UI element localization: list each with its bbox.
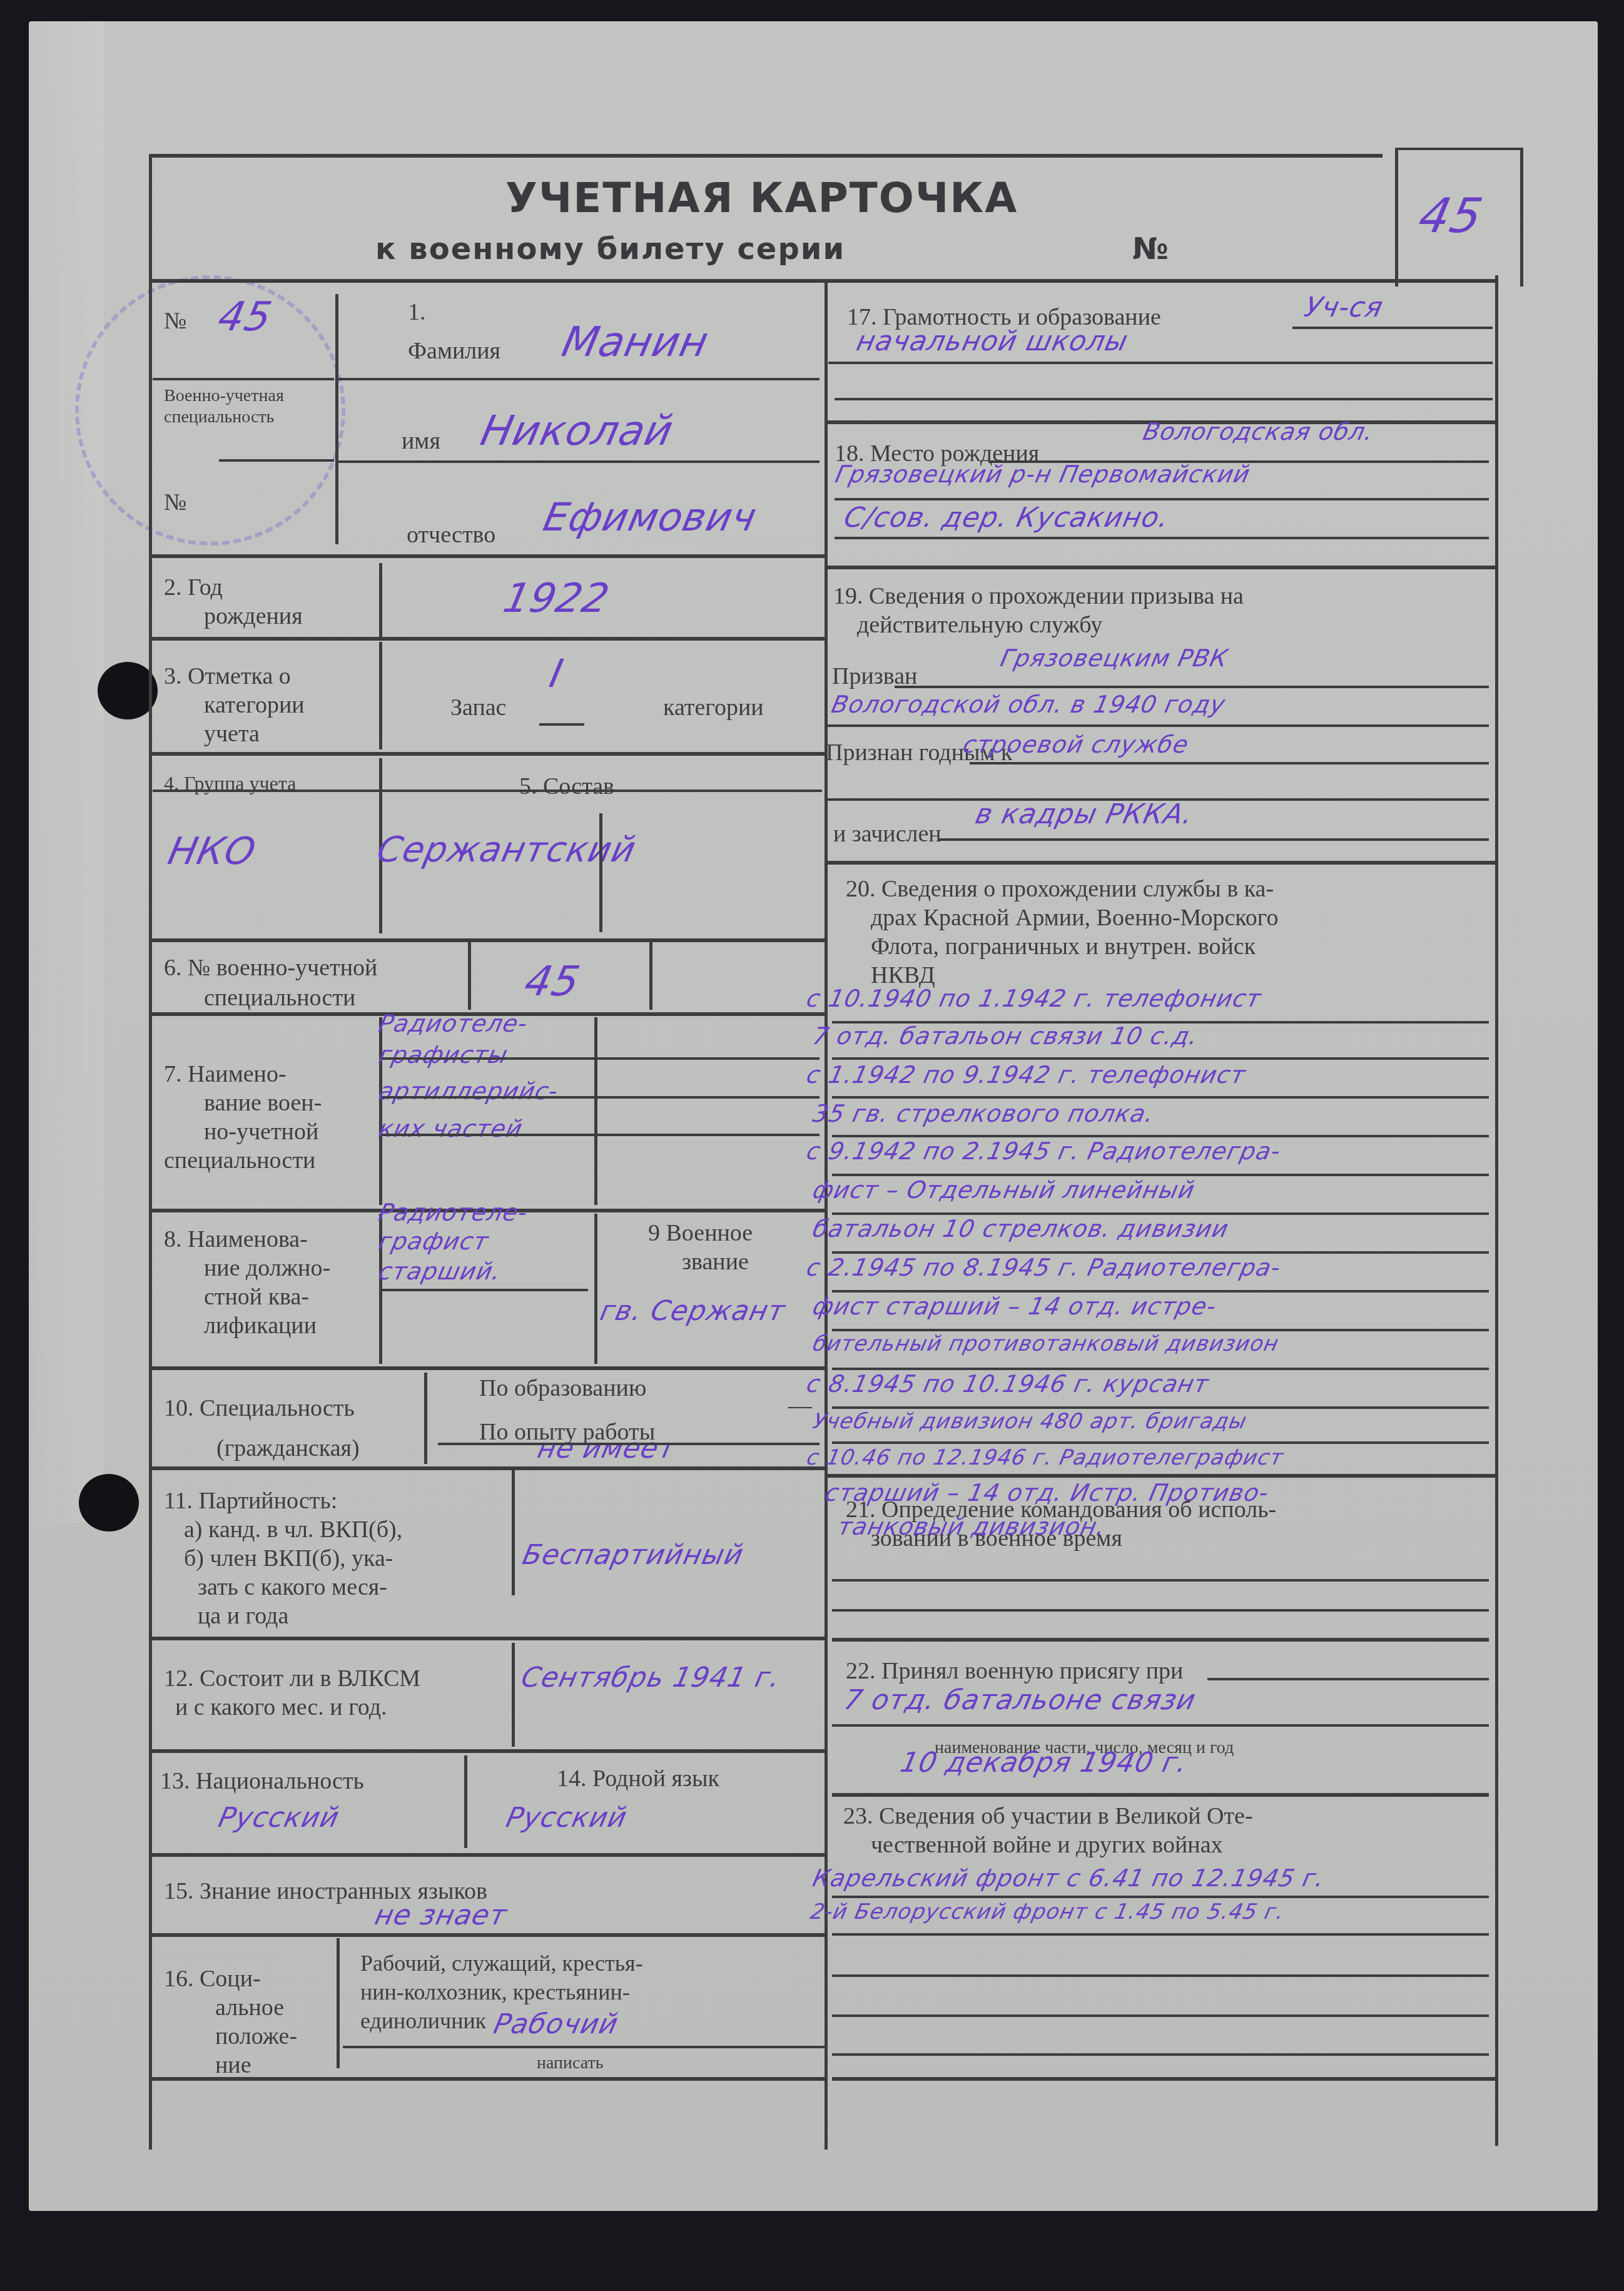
service-entry: бительный противотанковый дивизион: [811, 1331, 1281, 1356]
qualification-label-1: 8. Наименова-: [164, 1225, 308, 1255]
party-label-1: 11. Партийность:: [164, 1486, 337, 1516]
rule: [512, 1470, 515, 1595]
category-label-3: учета: [204, 719, 260, 749]
rule: [988, 460, 1489, 463]
rule: [827, 1474, 1495, 1478]
left-no-label-2: №: [164, 488, 186, 518]
rule: [832, 1638, 1489, 1642]
paper-fold: [29, 21, 104, 1523]
draft-label-2: действительную службу: [857, 611, 1102, 641]
birthplace-value-1: Вологодская обл.: [1140, 418, 1376, 445]
native-language-value: Русский: [504, 1802, 631, 1834]
rule: [1207, 1678, 1489, 1680]
vus-name-value-1: Радиотеле-: [376, 1010, 530, 1037]
rule: [150, 2077, 825, 2081]
qualification-value-3: старший.: [376, 1257, 504, 1285]
service-entry: фист старший – 14 отд. истре-: [810, 1293, 1219, 1320]
surname-value: Манин: [558, 318, 713, 366]
category-label-2: категории: [204, 691, 305, 721]
rule: [464, 1755, 467, 1848]
rule: [150, 1466, 825, 1470]
rule: [150, 554, 825, 558]
patronymic-label: отчество: [407, 521, 495, 551]
rank-value: гв. Сержант: [597, 1295, 789, 1327]
patronymic-value: Ефимович: [539, 494, 761, 540]
rule: [835, 498, 1489, 500]
rule: [832, 1974, 1489, 1977]
frame-left: [149, 154, 152, 2150]
frame-right: [1495, 275, 1498, 2146]
rule: [512, 1643, 515, 1747]
rule: [938, 838, 1489, 841]
social-status-label-3: положе-: [215, 2022, 297, 2052]
rule: [150, 1853, 825, 1857]
corner-box-left: [1395, 148, 1398, 287]
rule: [335, 294, 338, 544]
rule: [832, 1933, 1489, 1936]
rule: [382, 1096, 820, 1099]
rule: [379, 563, 382, 637]
left-no-label-1: №: [164, 307, 186, 337]
qualification-value-1: Радиотеле-: [376, 1199, 530, 1226]
party-value: Беспартийный: [520, 1539, 747, 1571]
rule: [832, 1329, 1489, 1331]
rule: [832, 1609, 1489, 1612]
birth-year-label-2: рождения: [204, 602, 303, 632]
service-label-1: 20. Сведения о прохождении службы в ка-: [846, 875, 1274, 905]
rule: [337, 1938, 340, 2068]
nationality-label: 13. Национальность: [160, 1767, 364, 1797]
drafted-value-2: Вологодской обл. в 1940 году: [829, 691, 1228, 718]
punch-hole-bottom: [79, 1474, 139, 1532]
birth-year-value: 1922: [499, 576, 614, 622]
rule: [832, 1579, 1489, 1582]
rule: [438, 1443, 820, 1445]
rule: [895, 686, 1489, 688]
vus-name-label-2: вание воен-: [204, 1089, 322, 1119]
rule: [832, 1896, 1489, 1898]
war-participation-label-2: чественной войне и других войнах: [871, 1831, 1223, 1861]
rule: [827, 861, 1495, 865]
social-status-label-1: 16. Соци-: [164, 1964, 261, 1994]
category-label-1: 3. Отметка о: [164, 662, 291, 692]
civil-specialty-label-1: 10. Специальность: [164, 1394, 355, 1424]
civil-specialty-label-2: (гражданская): [216, 1434, 360, 1464]
draft-label-1: 19. Сведения о прохождении призыва на: [833, 582, 1244, 612]
vus-name-value-2: графисты: [376, 1041, 510, 1069]
by-experience-value: не имеет: [535, 1433, 679, 1465]
oath-date-value: 10 декабря 1940 г.: [898, 1747, 1190, 1779]
rule: [832, 1290, 1489, 1293]
native-language-label: 14. Родной язык: [557, 1764, 719, 1794]
rule: [832, 2053, 1489, 2056]
rule: [539, 723, 584, 726]
rule: [424, 1373, 427, 1464]
vus-name-value-4: ких частей: [376, 1115, 525, 1142]
social-status-options-1: Рабочий, служащий, крестья-: [360, 1949, 643, 1978]
rule: [150, 938, 825, 942]
command-decision-label-1: 21. Определение командования об исполь-: [846, 1495, 1276, 1525]
rule: [832, 1368, 1489, 1370]
rule: [150, 1933, 825, 1937]
command-decision-label-2: зовании в военное время: [871, 1524, 1122, 1554]
war-participation-label-1: 23. Сведения об участии в Великой Оте-: [843, 1802, 1253, 1832]
drafted-value-1: Грязовецким РВК: [998, 644, 1231, 672]
oath-label: 22. Принял военную присягу при: [846, 1657, 1183, 1687]
vus-name-value-3: артиллерийс-: [376, 1077, 561, 1105]
rule: [343, 2046, 825, 2048]
service-entry: с 10.1940 по 1.1942 г. телефонист: [804, 985, 1264, 1012]
party-label-3: б) член ВКП(б), ука-: [184, 1544, 393, 1574]
social-status-hint: написать: [537, 2052, 604, 2074]
social-status-options-2: нин-колхозник, крестьянин-: [360, 1978, 630, 2006]
field-1-number: 1.: [408, 298, 426, 328]
account-group-label: 4. Группа учета: [164, 771, 296, 796]
qualification-label-2: ние должно-: [204, 1254, 330, 1284]
service-label-2: драх Красной Армии, Военно-Морского: [871, 903, 1278, 933]
party-label-4: зать с какого меся-: [198, 1573, 387, 1603]
service-entry: батальон 10 стрелков. дивизии: [810, 1215, 1231, 1242]
service-entry: Учебный дивизион 480 арт. бригады: [811, 1409, 1249, 1434]
oath-unit-value: 7 отд. батальоне связи: [841, 1684, 1199, 1716]
literacy-value-1: Уч-ся: [1302, 292, 1386, 323]
rule: [379, 642, 382, 749]
service-entry: с 2.1945 по 8.1945 г. Радиотелегра-: [804, 1254, 1283, 1281]
card-title: УЧЕТНАЯ КАРТОЧКА: [505, 174, 1018, 222]
war-entry: 2-й Белорусский фронт с 1.45 по 5.45 г.: [808, 1899, 1287, 1924]
corner-box-right: [1520, 148, 1523, 287]
rule: [338, 460, 820, 463]
komsomol-label-2: и с какого мес. и год.: [175, 1693, 387, 1723]
party-label-2: а) канд. в чл. ВКП(б),: [184, 1515, 402, 1545]
war-entry: Карельский фронт с 6.41 по 12.1945 г.: [810, 1864, 1327, 1892]
social-status-label-4: ние: [215, 2051, 251, 2081]
vus-number-value: 45: [520, 957, 584, 1005]
rank-label-1: 9 Военное: [648, 1219, 753, 1249]
by-education-label: По образованию: [479, 1374, 646, 1404]
rule: [832, 1441, 1489, 1444]
rule: [150, 1637, 825, 1640]
rule: [338, 378, 820, 380]
rule: [382, 1134, 820, 1136]
rule: [832, 1724, 1489, 1727]
rule: [150, 637, 825, 641]
left-no-value-1: 45: [214, 294, 276, 340]
service-entry: 7 отд. батальон связи 10 с.д.: [810, 1022, 1200, 1050]
vus-name-label-4: специальности: [164, 1146, 315, 1176]
rule: [832, 1021, 1489, 1024]
fit-value: строевой службе: [960, 731, 1191, 758]
vus-label: Военно-учетная специальность: [164, 385, 333, 427]
enrolled-value: в кадры РККА.: [973, 798, 1196, 830]
birth-year-label-1: 2. Год: [164, 573, 223, 603]
enrolled-label: и зачислен: [833, 820, 941, 850]
corner-box-top: [1395, 148, 1523, 150]
qualification-value-2: графист: [376, 1227, 491, 1255]
header-bottom-rule: [150, 279, 1495, 283]
rule: [835, 537, 1489, 539]
rule: [150, 752, 825, 756]
category-suffix-label: категории: [663, 693, 764, 723]
rule: [382, 1057, 820, 1060]
social-status-label-2: альное: [215, 1993, 284, 2023]
rule: [382, 1289, 588, 1291]
name-value: Николай: [477, 407, 678, 455]
social-status-options-3: единоличник: [360, 2007, 486, 2035]
service-label-3: Флота, пограничных и внутрен. войск: [871, 932, 1256, 962]
rule: [594, 1017, 597, 1205]
rank-label-2: звание: [682, 1247, 749, 1278]
rule: [827, 566, 1495, 569]
rule: [832, 1057, 1489, 1060]
rule: [835, 398, 1493, 400]
service-entry: с 9.1942 по 2.1945 г. Радиотелегра-: [804, 1137, 1283, 1165]
nationality-value: Русский: [216, 1802, 343, 1834]
rule: [468, 942, 471, 1010]
rule: [832, 1096, 1489, 1099]
reserve-label: Запас: [450, 693, 506, 723]
rule: [219, 459, 334, 462]
vus-number-label-2: специальности: [204, 983, 355, 1013]
account-group-value: НКО: [165, 830, 260, 873]
rule: [832, 2014, 1489, 2017]
social-status-value: Рабочий: [491, 2008, 622, 2040]
vus-name-label-3: но-учетной: [204, 1117, 318, 1147]
birthplace-value-3: С/сов. дер. Кусакино.: [841, 502, 1172, 534]
rule: [832, 1212, 1489, 1215]
party-label-5: ца и года: [198, 1602, 288, 1632]
rule: [153, 790, 822, 792]
name-label: имя: [402, 427, 440, 457]
surname-label: Фамилия: [408, 337, 500, 367]
service-entry: с 8.1945 по 10.1946 г. курсант: [804, 1370, 1212, 1398]
vus-name-label-1: 7. Наимено-: [164, 1060, 287, 1090]
rule: [832, 1793, 1489, 1797]
rule: [828, 362, 1493, 364]
rule: [649, 942, 652, 1010]
foreign-languages-value: не знает: [372, 1899, 510, 1931]
composition-label: 5. Состав: [519, 772, 614, 802]
rule: [150, 1366, 825, 1370]
birthplace-value-2: Грязовецкий р-н Первомайский: [833, 460, 1252, 488]
rule: [150, 154, 1383, 158]
vus-number-label-1: 6. № военно-учетной: [164, 953, 377, 983]
rule: [832, 1174, 1489, 1176]
rule: [832, 2077, 1495, 2081]
rule: [1292, 327, 1493, 329]
rule: [832, 1406, 1489, 1409]
corner-number: 45: [1414, 188, 1488, 243]
rule: [825, 724, 1489, 727]
komsomol-label-1: 12. Состоит ли в ВЛКСМ: [164, 1664, 420, 1694]
service-entry: 35 гв. стрелкового полка.: [810, 1100, 1157, 1127]
komsomol-value: Сентябрь 1941 г.: [519, 1662, 784, 1694]
number-sign: №: [1132, 231, 1170, 267]
qualification-label-3: стной ква-: [204, 1283, 309, 1313]
qualification-label-4: лификации: [204, 1311, 317, 1341]
rule: [970, 762, 1489, 765]
card-subtitle: к военному билету серии: [375, 231, 845, 267]
rule: [594, 1214, 597, 1364]
service-entry: с 1.1942 по 9.1942 г. телефонист: [804, 1061, 1248, 1089]
rule: [153, 378, 334, 380]
service-entry: с 10.46 по 12.1946 г. Радиотелеграфист: [804, 1445, 1286, 1470]
rule: [832, 1135, 1489, 1137]
rule: [832, 1251, 1489, 1254]
literacy-value-2: начальной школы: [854, 325, 1131, 357]
service-entry: фист – Отдельный линейный: [810, 1176, 1197, 1204]
rule: [599, 813, 602, 932]
rule: [150, 1749, 825, 1753]
